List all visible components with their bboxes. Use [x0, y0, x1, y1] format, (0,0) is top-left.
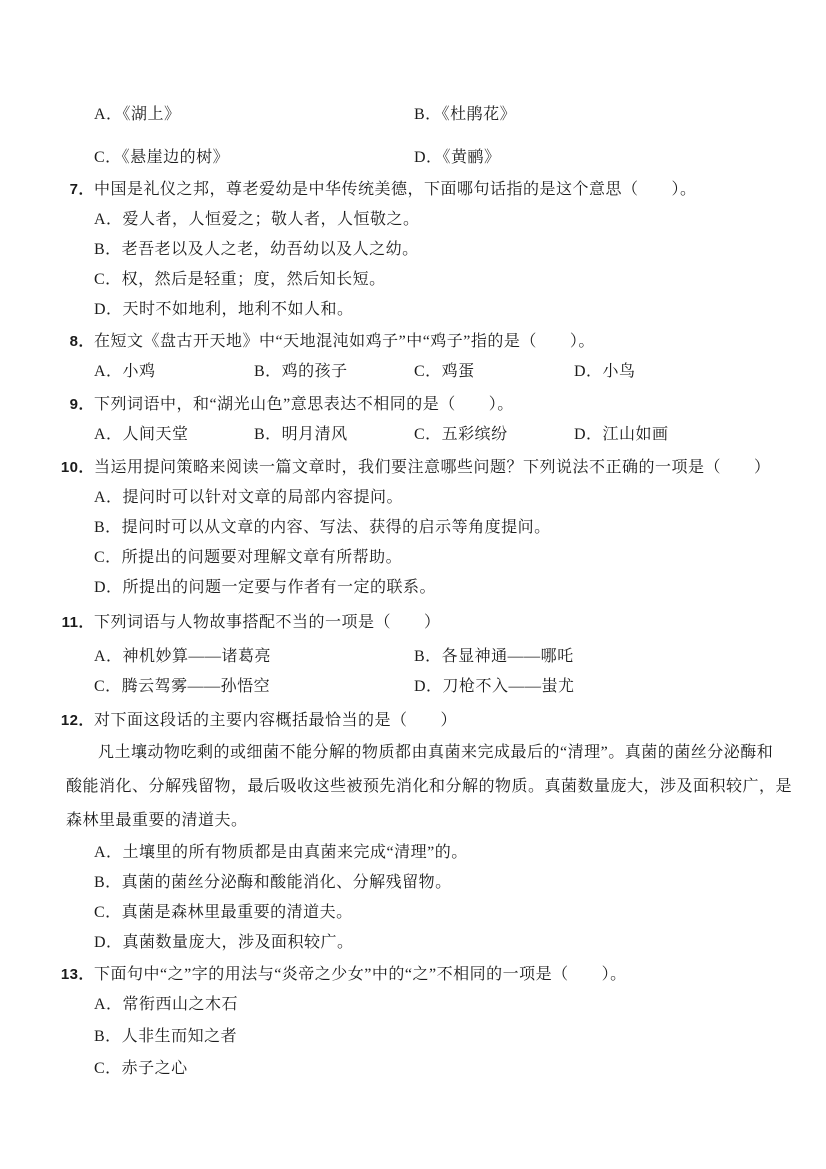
- option-a: A．《湖上》: [94, 100, 414, 130]
- question-13: 13．下面句中“之”字的用法与“炎帝之少女”中的“之”不相同的一项是（ ）。 A…: [0, 960, 826, 1084]
- option-b: B．各显神通——哪吒: [414, 642, 826, 672]
- option-b: B．老吾老以及人之老，幼吾幼以及人之幼。: [0, 235, 826, 265]
- question-stem: 下列词语中，和“湖光山色”意思表达不相同的是（ ）。: [94, 396, 514, 413]
- option-d: D．天时不如地利，地利不如人和。: [0, 295, 826, 325]
- option-a: A．土壤里的所有物质都是由真菌来完成“清理”的。: [0, 838, 826, 868]
- question-number: 13．: [56, 960, 94, 990]
- option-b: B．明月清风: [254, 420, 414, 450]
- question-stem: 中国是礼仪之邦，尊老爱幼是中华传统美德，下面哪句话指的是这个意思（ ）。: [94, 181, 697, 198]
- question-stem-row: 9．下列词语中，和“湖光山色”意思表达不相同的是（ ）。: [0, 390, 826, 420]
- question-stem-row: 10．当运用提问策略来阅读一篇文章时，我们要注意哪些问题？下列说法不正确的一项是…: [0, 453, 826, 483]
- option-b: B．《杜鹃花》: [414, 100, 826, 130]
- question-stem-row: 12．对下面这段话的主要内容概括最恰当的是（ ）: [0, 706, 826, 736]
- reading-passage: 凡土壤动物吃剩的或细菌不能分解的物质都由真菌来完成最后的“清理”。真菌的菌丝分泌…: [0, 736, 826, 838]
- question-6: A．《湖上》 B．《杜鹃花》 C．《悬崖边的树》 D．《黄鹂》: [0, 100, 826, 173]
- option-b: B．鸡的孩子: [254, 357, 414, 387]
- option-b: B．提问时可以从文章的内容、写法、获得的启示等角度提问。: [0, 513, 826, 543]
- option-d: D．小鸟: [574, 357, 826, 387]
- question-stem-row: 7．中国是礼仪之邦，尊老爱幼是中华传统美德，下面哪句话指的是这个意思（ ）。: [0, 175, 826, 205]
- question-10: 10．当运用提问策略来阅读一篇文章时，我们要注意哪些问题？下列说法不正确的一项是…: [0, 453, 826, 603]
- question-stem: 对下面这段话的主要内容概括最恰当的是（ ）: [94, 712, 457, 729]
- question-8-options: A．小鸡 B．鸡的孩子 C．鸡蛋 D．小鸟: [0, 357, 826, 387]
- question-number: 8．: [56, 327, 94, 357]
- question-6-options: A．《湖上》 B．《杜鹃花》 C．《悬崖边的树》 D．《黄鹂》: [0, 100, 826, 173]
- question-11: 11．下列词语与人物故事搭配不当的一项是（ ） A．神机妙算——诸葛亮 B．各显…: [0, 608, 826, 702]
- question-12: 12．对下面这段话的主要内容概括最恰当的是（ ） 凡土壤动物吃剩的或细菌不能分解…: [0, 706, 826, 958]
- option-a: A．常衔西山之木石: [0, 990, 826, 1020]
- question-number: 9．: [56, 390, 94, 420]
- option-a: A．提问时可以针对文章的局部内容提问。: [0, 483, 826, 513]
- option-a: A．神机妙算——诸葛亮: [94, 642, 414, 672]
- question-stem-row: 11．下列词语与人物故事搭配不当的一项是（ ）: [0, 608, 826, 638]
- question-10-options: A．提问时可以针对文章的局部内容提问。 B．提问时可以从文章的内容、写法、获得的…: [0, 483, 826, 603]
- question-stem: 下面句中“之”字的用法与“炎帝之少女”中的“之”不相同的一项是（ ）。: [94, 966, 627, 983]
- option-d: D．所提出的问题一定要与作者有一定的联系。: [0, 573, 826, 603]
- option-c: C．赤子之心: [0, 1054, 826, 1084]
- option-d: D．《黄鹂》: [414, 143, 826, 173]
- question-stem: 当运用提问策略来阅读一篇文章时，我们要注意哪些问题？下列说法不正确的一项是（ ）: [94, 459, 771, 476]
- passage-line: 酸能消化、分解残留物，最后吸收这些被预先消化和分解的物质。真菌数量庞大，涉及面积…: [66, 770, 792, 804]
- option-a: A．爱人者，人恒爱之；敬人者，人恒敬之。: [0, 205, 826, 235]
- question-13-options: A．常衔西山之木石 B．人非生而知之者 C．赤子之心: [0, 990, 826, 1084]
- question-stem-row: 13．下面句中“之”字的用法与“炎帝之少女”中的“之”不相同的一项是（ ）。: [0, 960, 826, 990]
- option-c: C．腾云驾雾——孙悟空: [94, 672, 414, 702]
- question-number: 7．: [56, 175, 94, 205]
- question-11-options: A．神机妙算——诸葛亮 B．各显神通——哪吒 C．腾云驾雾——孙悟空 D．刀枪不…: [0, 642, 826, 702]
- option-d: D．真菌数量庞大，涉及面积较广。: [0, 928, 826, 958]
- question-number: 12．: [56, 706, 94, 736]
- option-c: C．权，然后是轻重；度，然后知长短。: [0, 265, 826, 295]
- option-a: A．小鸡: [94, 357, 254, 387]
- exam-page: A．《湖上》 B．《杜鹃花》 C．《悬崖边的树》 D．《黄鹂》 7．中国是礼仪之…: [0, 0, 826, 1169]
- question-7: 7．中国是礼仪之邦，尊老爱幼是中华传统美德，下面哪句话指的是这个意思（ ）。 A…: [0, 175, 826, 325]
- option-b: B．真菌的菌丝分泌酶和酸能消化、分解残留物。: [0, 868, 826, 898]
- option-d: D．刀枪不入——蚩尤: [414, 672, 826, 702]
- option-c: C．所提出的问题要对理解文章有所帮助。: [0, 543, 826, 573]
- option-c: C．《悬崖边的树》: [94, 143, 414, 173]
- option-c: C．五彩缤纷: [414, 420, 574, 450]
- option-c: C．真菌是森林里最重要的清道夫。: [0, 898, 826, 928]
- question-stem: 在短文《盘古开天地》中“天地混沌如鸡子”中“鸡子”指的是（ ）。: [94, 333, 595, 350]
- option-b: B．人非生而知之者: [0, 1022, 826, 1052]
- question-number: 10．: [56, 453, 94, 483]
- question-stem: 下列词语与人物故事搭配不当的一项是（ ）: [94, 614, 441, 631]
- passage-line: 森林里最重要的清道夫。: [66, 804, 792, 838]
- option-a: A．人间天堂: [94, 420, 254, 450]
- question-9-options: A．人间天堂 B．明月清风 C．五彩缤纷 D．江山如画: [0, 420, 826, 450]
- question-number: 11．: [56, 608, 94, 638]
- question-7-options: A．爱人者，人恒爱之；敬人者，人恒敬之。 B．老吾老以及人之老，幼吾幼以及人之幼…: [0, 205, 826, 325]
- question-9: 9．下列词语中，和“湖光山色”意思表达不相同的是（ ）。 A．人间天堂 B．明月…: [0, 390, 826, 450]
- question-12-options: A．土壤里的所有物质都是由真菌来完成“清理”的。 B．真菌的菌丝分泌酶和酸能消化…: [0, 838, 826, 958]
- option-c: C．鸡蛋: [414, 357, 574, 387]
- question-stem-row: 8．在短文《盘古开天地》中“天地混沌如鸡子”中“鸡子”指的是（ ）。: [0, 327, 826, 357]
- option-d: D．江山如画: [574, 420, 826, 450]
- passage-line: 凡土壤动物吃剩的或细菌不能分解的物质都由真菌来完成最后的“清理”。真菌的菌丝分泌…: [66, 736, 792, 770]
- question-8: 8．在短文《盘古开天地》中“天地混沌如鸡子”中“鸡子”指的是（ ）。 A．小鸡 …: [0, 327, 826, 387]
